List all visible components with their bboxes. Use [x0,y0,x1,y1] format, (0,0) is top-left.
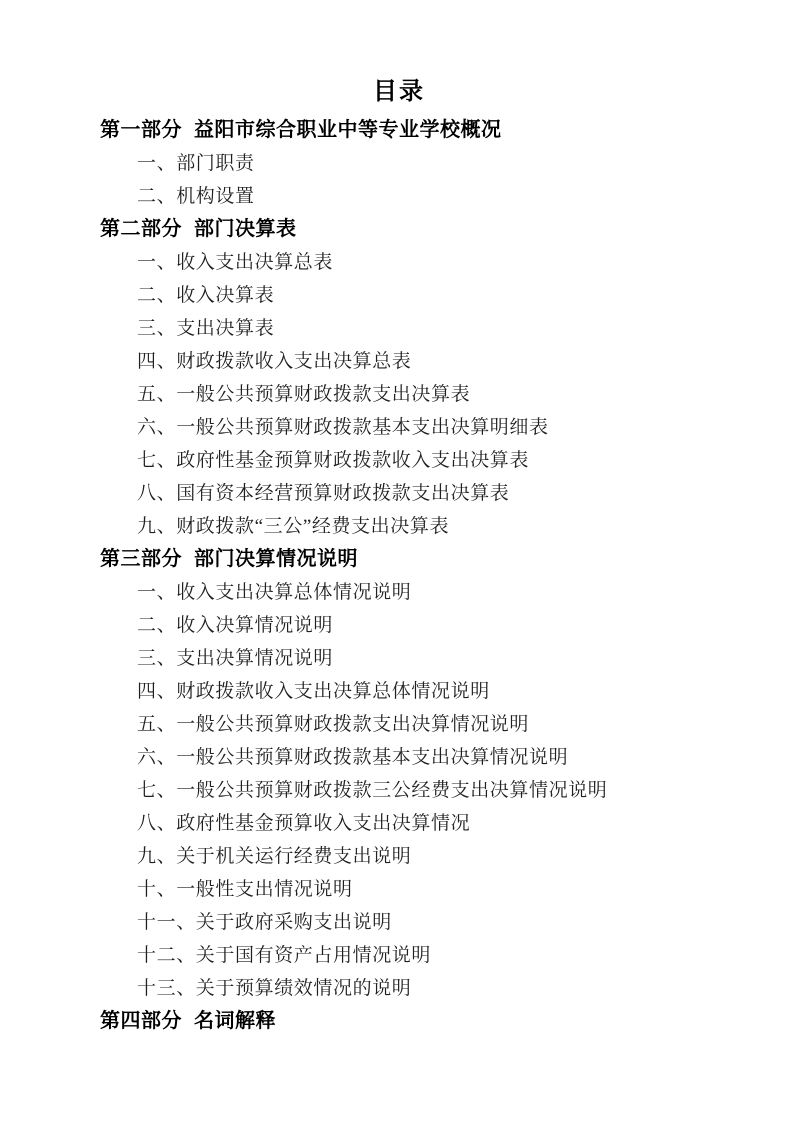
section-heading-4: 第四部分名词解释 [100,1005,703,1038]
toc-item: 三、支出决算情况说明 [100,642,703,675]
toc-item: 三、支出决算表 [100,312,703,345]
toc-item: 二、机构设置 [100,180,703,213]
document-page: 目录 第一部分益阳市综合职业中等专业学校概况 一、部门职责 二、机构设置 第二部… [0,0,793,1122]
section-4-label: 第四部分 [100,1010,182,1032]
toc-item: 五、一般公共预算财政拨款支出决算表 [100,378,703,411]
toc-item: 四、财政拨款收入支出决算总体情况说明 [100,675,703,708]
toc-item: 十、一般性支出情况说明 [100,873,703,906]
toc-item: 八、国有资本经营预算财政拨款支出决算表 [100,477,703,510]
page-title: 目录 [95,78,703,106]
section-1-label: 第一部分 [100,119,182,141]
table-of-contents: 第一部分益阳市综合职业中等专业学校概况 一、部门职责 二、机构设置 第二部分部门… [100,114,703,1038]
toc-item: 二、收入决算表 [100,279,703,312]
section-3-label: 第三部分 [100,548,182,570]
toc-item: 七、一般公共预算财政拨款三公经费支出决算情况说明 [100,774,703,807]
toc-item: 一、收入支出决算总体情况说明 [100,576,703,609]
toc-item: 九、关于机关运行经费支出说明 [100,840,703,873]
section-4-title: 名词解释 [194,1010,276,1032]
toc-item: 五、一般公共预算财政拨款支出决算情况说明 [100,708,703,741]
toc-item: 一、收入支出决算总表 [100,246,703,279]
toc-item: 六、一般公共预算财政拨款基本支出决算明细表 [100,411,703,444]
toc-item: 八、政府性基金预算收入支出决算情况 [100,807,703,840]
toc-item: 六、一般公共预算财政拨款基本支出决算情况说明 [100,741,703,774]
section-heading-2: 第二部分部门决算表 [100,213,703,246]
toc-item: 九、财政拨款“三公”经费支出决算表 [100,510,703,543]
toc-item: 二、收入决算情况说明 [100,609,703,642]
toc-item: 四、财政拨款收入支出决算总表 [100,345,703,378]
toc-item: 十二、关于国有资产占用情况说明 [100,939,703,972]
section-3-title: 部门决算情况说明 [194,548,358,570]
toc-item: 十一、关于政府采购支出说明 [100,906,703,939]
section-heading-3: 第三部分部门决算情况说明 [100,543,703,576]
section-2-label: 第二部分 [100,218,182,240]
section-2-title: 部门决算表 [194,218,297,240]
toc-item: 一、部门职责 [100,147,703,180]
toc-item: 七、政府性基金预算财政拨款收入支出决算表 [100,444,703,477]
section-1-title: 益阳市综合职业中等专业学校概况 [194,119,502,141]
toc-item: 十三、关于预算绩效情况的说明 [100,972,703,1005]
section-heading-1: 第一部分益阳市综合职业中等专业学校概况 [100,114,703,147]
